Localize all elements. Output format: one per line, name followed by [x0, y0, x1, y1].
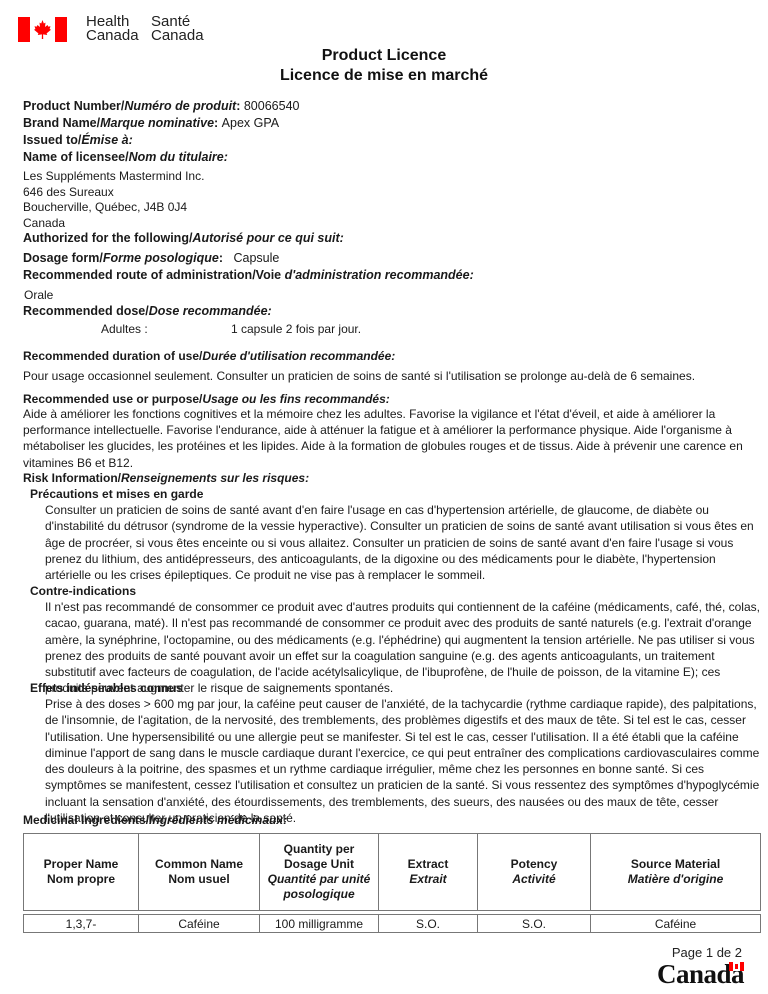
maple-leaf-icon — [30, 17, 55, 42]
dose-value: 1 capsule 2 fois par jour. — [231, 321, 361, 338]
contraindications-heading: Contre-indications — [30, 583, 136, 599]
cell-quantity: 100 milligramme — [260, 915, 379, 933]
dosage-form-value: Capsule — [233, 251, 279, 265]
department-name-fr: Santé Canada — [151, 15, 204, 43]
dose-population: Adultes : — [101, 321, 148, 338]
licensee-label: Name of licensee/Nom du titulaire: — [23, 149, 228, 166]
dose-label: Recommended dose/Dose recommandée: — [23, 303, 272, 320]
precautions-heading: Précautions et mises en garde — [30, 486, 203, 502]
adverse-effects-text: Prise à des doses > 600 mg par jour, la … — [45, 696, 760, 826]
route-label: Recommended route of administration/Voie… — [23, 267, 474, 284]
product-number: Product Number/Numéro de produit: 800665… — [23, 98, 299, 115]
brand-name-value: Apex GPA — [222, 116, 279, 130]
column-header-source-material: Source MaterialMatière d'origine — [591, 834, 761, 911]
duration-label: Recommended duration of use/Durée d'util… — [23, 348, 395, 365]
adverse-effects-heading: Effets indésirables connus — [30, 680, 183, 696]
ingredients-table-body: 1,3,7- Caféine 100 milligramme S.O. S.O.… — [23, 914, 761, 933]
risk-label: Risk Information/Renseignements sur les … — [23, 470, 309, 487]
page-number: Page 1 de 2 — [672, 945, 742, 960]
brand-name: Brand Name/Marque nominative: Apex GPA — [23, 115, 279, 132]
cell-potency: S.O. — [478, 915, 591, 933]
dosage-form: Dosage form/Forme posologique: Capsule — [23, 250, 279, 267]
ingredients-label: Medicinal Ingredients/Ingrédients médici… — [23, 812, 287, 829]
column-header-potency: PotencyActivité — [478, 834, 591, 911]
column-header-extract: ExtractExtrait — [379, 834, 478, 911]
purpose-text: Aide à améliorer les fonctions cognitive… — [23, 406, 758, 471]
cell-extract: S.O. — [379, 915, 478, 933]
department-name-en: Health Canada — [86, 15, 139, 43]
page-title: Product Licence — [0, 46, 768, 66]
cell-proper-name: 1,3,7- — [24, 915, 139, 933]
column-header-proper-name: Proper NameNom propre — [24, 834, 139, 911]
cell-common-name: Caféine — [139, 915, 260, 933]
column-header-quantity: Quantity per Dosage UnitQuantité par uni… — [260, 834, 379, 911]
cell-source-material: Caféine — [591, 915, 761, 933]
duration-text: Pour usage occasionnel seulement. Consul… — [23, 368, 758, 384]
page-subtitle: Licence de mise en marché — [0, 66, 768, 86]
route-value: Orale — [24, 287, 53, 304]
canada-wordmark-flag-icon — [729, 962, 744, 971]
table-row: 1,3,7- Caféine 100 milligramme S.O. S.O.… — [24, 915, 761, 933]
canada-flag-icon — [18, 17, 67, 42]
ingredients-table-header: Proper NameNom propre Common NameNom usu… — [23, 833, 761, 911]
precautions-text: Consulter un praticien de soins de santé… — [45, 502, 760, 583]
column-header-common-name: Common NameNom usuel — [139, 834, 260, 911]
issued-to-label: Issued to/Émise à: — [23, 132, 133, 149]
product-number-value: 80066540 — [244, 99, 300, 113]
authorized-label: Authorized for the following/Autorisé po… — [23, 230, 344, 247]
licensee-address: Les Suppléments Mastermind Inc. 646 des … — [23, 169, 204, 231]
